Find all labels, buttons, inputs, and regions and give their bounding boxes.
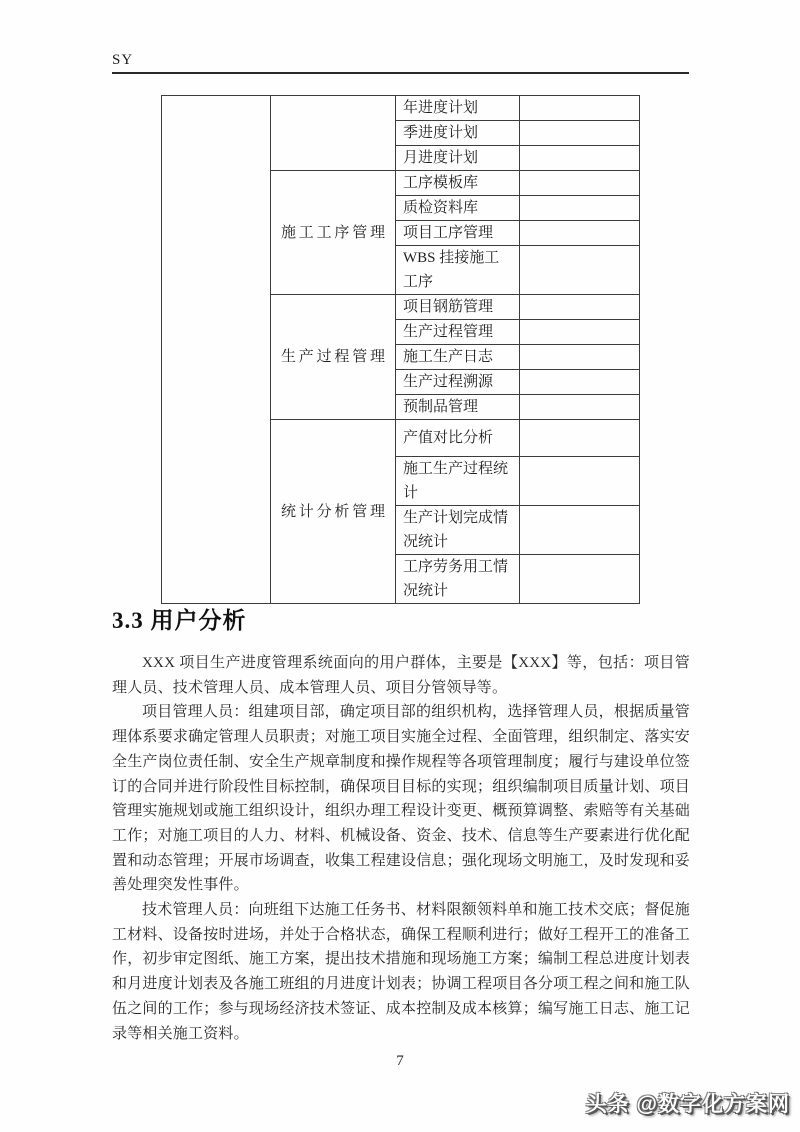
group-name-cell: 统计分析管理: [271, 420, 396, 604]
feature-cell: 项目钢筋管理: [396, 295, 520, 320]
paragraph-project-managers: 项目管理人员：组建项目部，确定项目部的组织机构，选择管理人员，根据质量管理体系要…: [112, 700, 690, 898]
feature-cell: 质检资料库: [396, 196, 520, 221]
value-cell: [520, 345, 640, 370]
group-name-cell: 施工工序管理: [271, 171, 396, 295]
value-cell: [520, 420, 640, 457]
value-cell: [520, 171, 640, 196]
value-cell: [520, 146, 640, 171]
group-name-cell: [271, 96, 396, 171]
paragraph-technical-managers: 技术管理人员：向班组下达施工任务书、材料限额领料单和施工技术交底；督促施工材料、…: [112, 898, 690, 1046]
document-page: SY 年进度计划季进度计划月进度计划施工工序管理工序模板库质检资料库项目工序管理…: [0, 0, 800, 1132]
section-user-analysis: 3.3 用户分析 XXX 项目生产进度管理系统面向的用户群体，主要是【XXX】等…: [112, 602, 690, 1046]
value-cell: [520, 295, 640, 320]
feature-cell: 项目工序管理: [396, 221, 520, 246]
feature-cell: 生产过程管理: [396, 320, 520, 345]
feature-cell: 施工生产过程统计: [396, 457, 520, 506]
feature-cell: WBS 挂接施工工序: [396, 246, 520, 295]
feature-cell: 施工生产日志: [396, 345, 520, 370]
feature-cell: 工序模板库: [396, 171, 520, 196]
feature-cell: 产值对比分析: [396, 420, 520, 457]
feature-cell: 月进度计划: [396, 146, 520, 171]
section-heading: 3.3 用户分析: [112, 602, 690, 635]
value-cell: [520, 506, 640, 555]
value-cell: [520, 121, 640, 146]
feature-table: 年进度计划季进度计划月进度计划施工工序管理工序模板库质检资料库项目工序管理WBS…: [161, 95, 640, 604]
value-cell: [520, 196, 640, 221]
feature-cell: 季进度计划: [396, 121, 520, 146]
paragraph-intro: XXX 项目生产进度管理系统面向的用户群体，主要是【XXX】等，包括：项目管理人…: [112, 651, 690, 700]
value-cell: [520, 370, 640, 395]
category-cell: [162, 96, 271, 604]
value-cell: [520, 555, 640, 604]
value-cell: [520, 246, 640, 295]
value-cell: [520, 457, 640, 506]
feature-table-body: 年进度计划季进度计划月进度计划施工工序管理工序模板库质检资料库项目工序管理WBS…: [162, 96, 640, 604]
page-header-text: SY: [112, 52, 133, 68]
value-cell: [520, 395, 640, 420]
group-name-cell: 生产过程管理: [271, 295, 396, 420]
watermark: 头条 @数字化方案网: [586, 1088, 790, 1118]
value-cell: [520, 221, 640, 246]
feature-cell: 工序劳务用工情况统计: [396, 555, 520, 604]
page-number: 7: [0, 1053, 800, 1070]
value-cell: [520, 320, 640, 345]
page-header: SY: [112, 50, 689, 74]
feature-cell: 年进度计划: [396, 96, 520, 121]
value-cell: [520, 96, 640, 121]
table-row: 年进度计划: [162, 96, 640, 121]
feature-cell: 生产计划完成情况统计: [396, 506, 520, 555]
feature-cell: 预制品管理: [396, 395, 520, 420]
feature-cell: 生产过程溯源: [396, 370, 520, 395]
